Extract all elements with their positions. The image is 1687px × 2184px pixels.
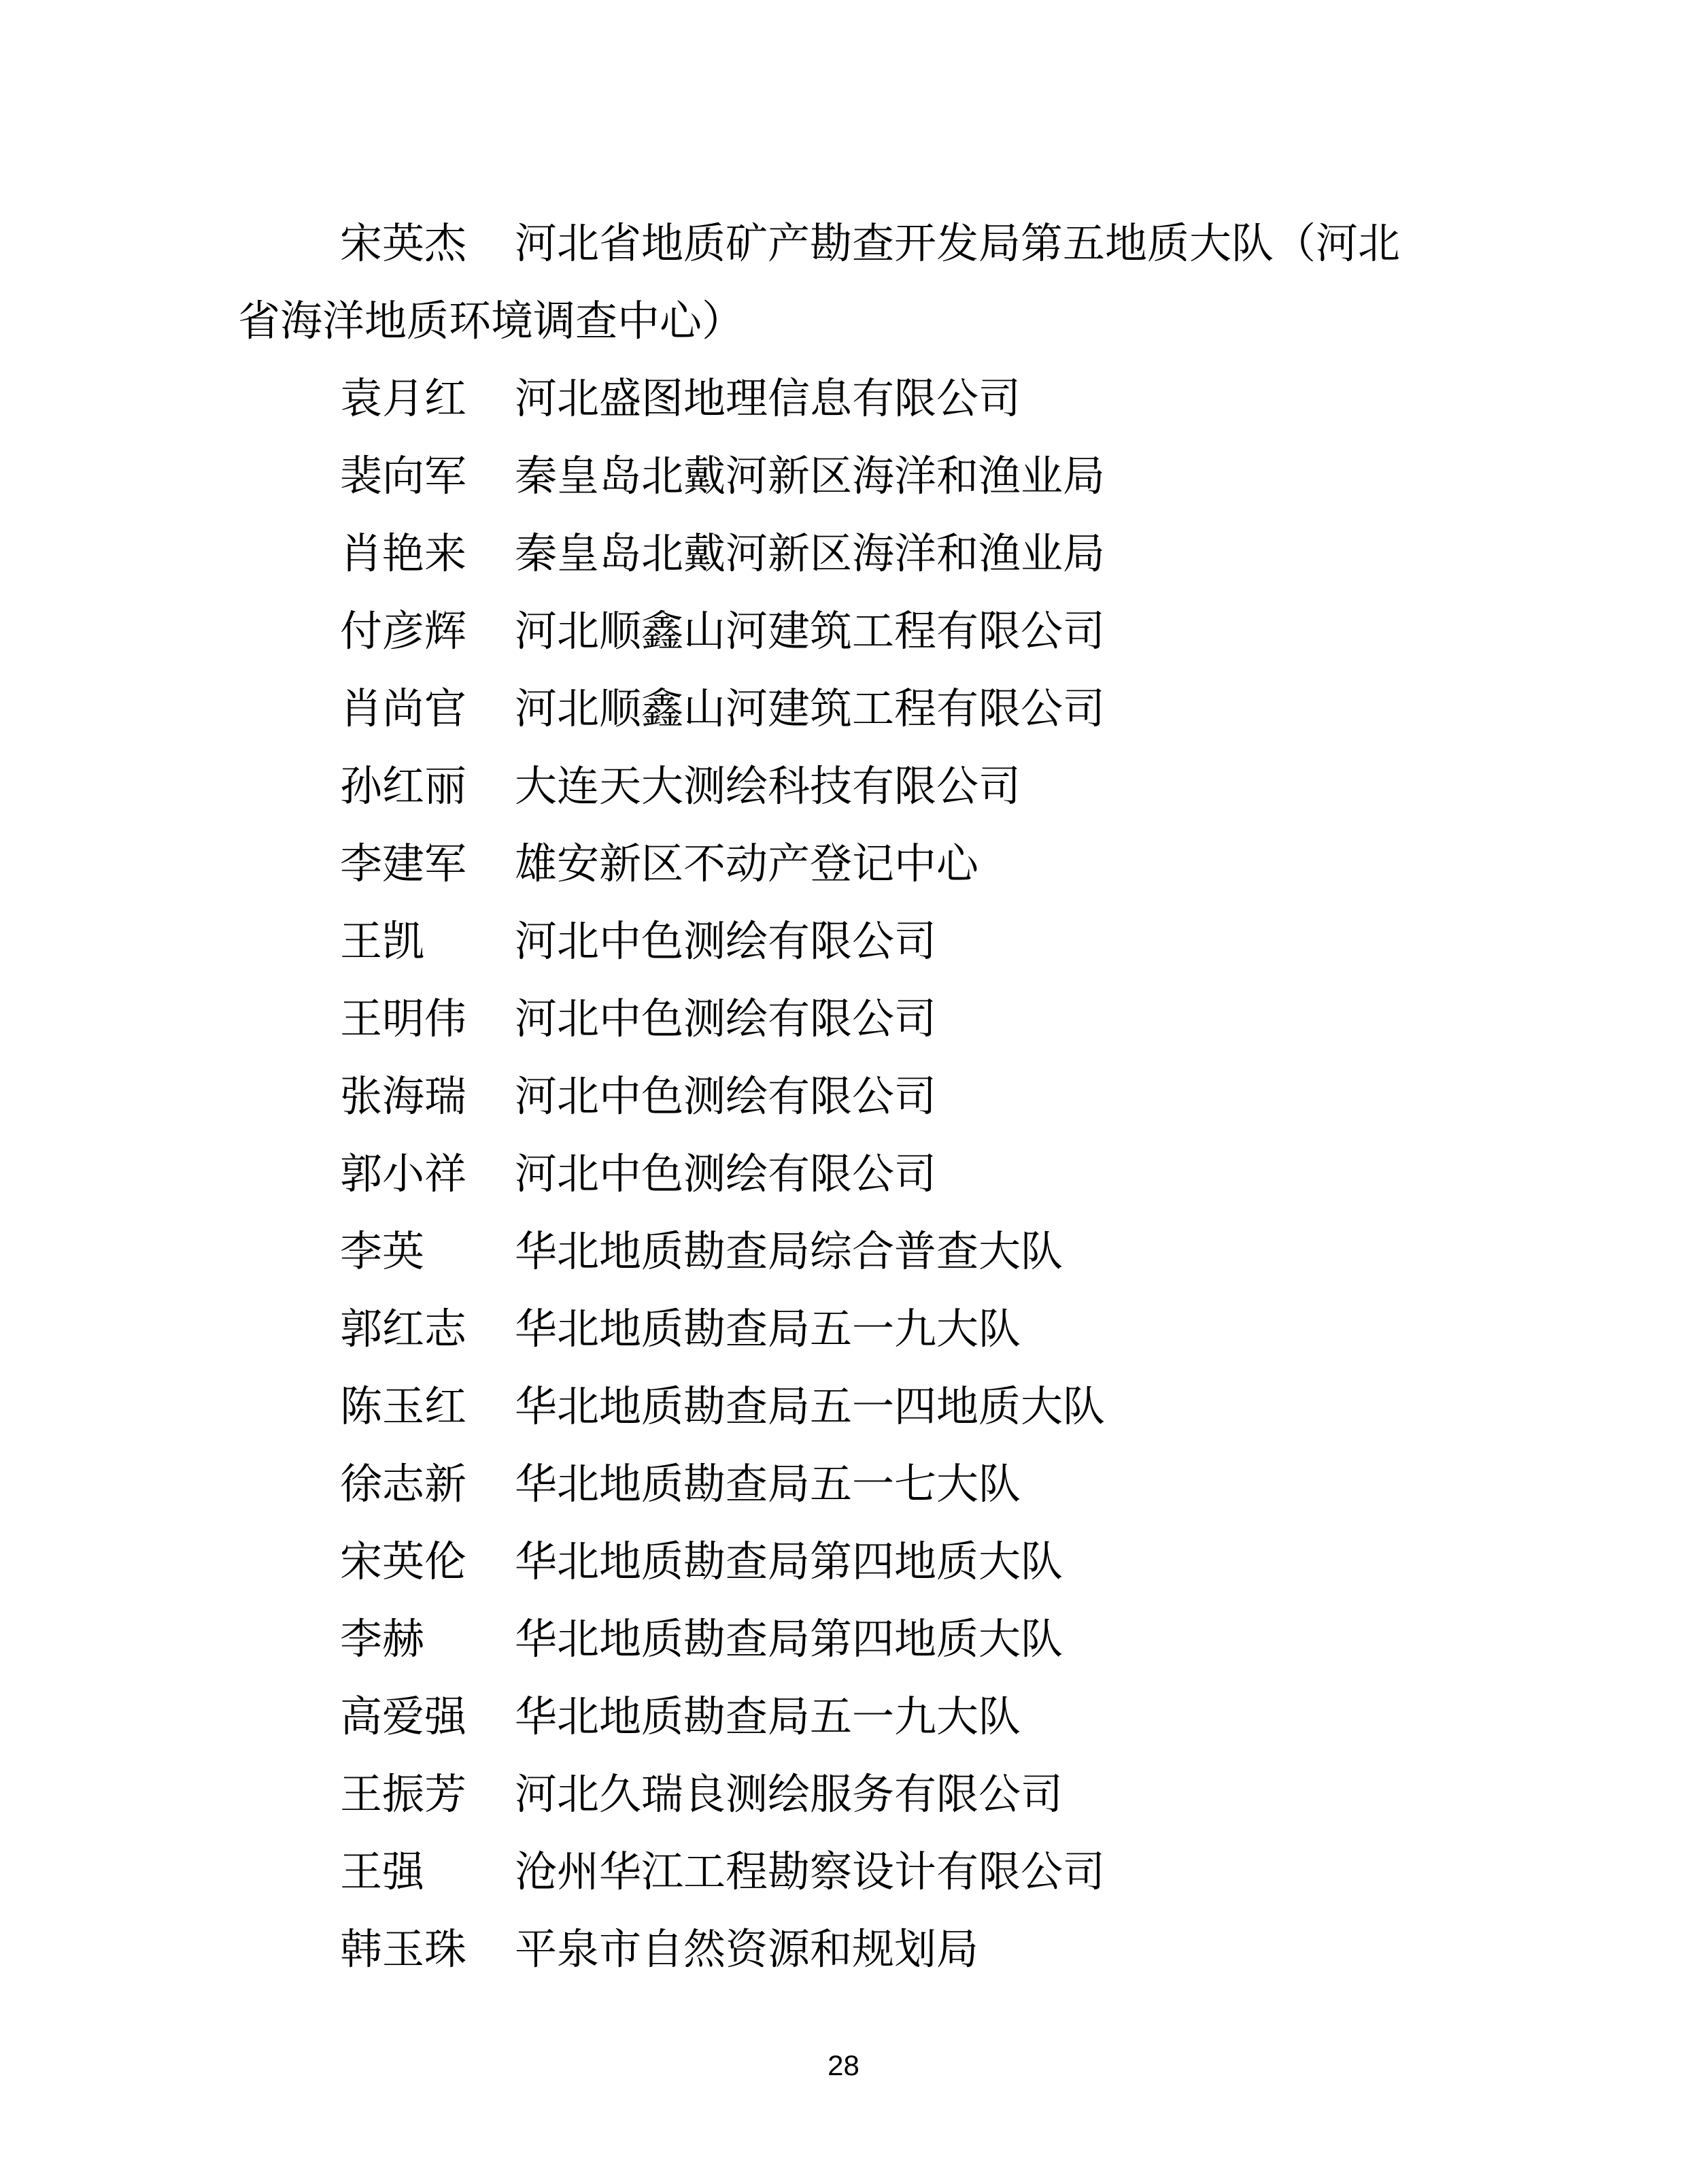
person-name: 王明伟 [340,981,515,1058]
person-org: 秦皇岛北戴河新区海洋和渔业局 [515,454,1105,500]
person-name: 王凯 [340,903,515,981]
person-name: 李建军 [340,826,515,903]
person-org: 华北地质勘查局五一七大队 [515,1462,1021,1508]
list-row: 肖艳来秦皇岛北戴河新区海洋和渔业局 [238,516,1422,593]
document-page: 宋英杰河北省地质矿产勘查开发局第五地质大队（河北省海洋地质环境调查中心） 袁月红… [0,0,1687,2184]
person-name: 张海瑞 [340,1058,515,1136]
person-org: 河北中色测绘有限公司 [515,996,936,1043]
list-row: 郭小祥河北中色测绘有限公司 [238,1136,1422,1213]
list-row: 郭红志华北地质勘查局五一九大队 [238,1291,1422,1368]
person-name: 宋英伦 [340,1524,515,1601]
person-org: 大连天大测绘科技有限公司 [515,764,1021,810]
person-name: 徐志新 [340,1446,515,1524]
list-row: 王强沧州华江工程勘察设计有限公司 [238,1834,1422,1911]
list-row: 王明伟河北中色测绘有限公司 [238,981,1422,1058]
list-row: 肖尚官河北顺鑫山河建筑工程有限公司 [238,671,1422,748]
person-name: 王强 [340,1834,515,1911]
person-org: 华北地质勘查局五一四地质大队 [515,1384,1105,1430]
person-org: 华北地质勘查局五一九大队 [515,1694,1021,1741]
list-row: 裴向军秦皇岛北戴河新区海洋和渔业局 [238,438,1422,516]
person-name: 郭红志 [340,1291,515,1368]
list-row: 王振芳河北久瑞良测绘服务有限公司 [238,1756,1422,1834]
list-row: 付彦辉河北顺鑫山河建筑工程有限公司 [238,593,1422,671]
person-name: 王振芳 [340,1756,515,1834]
person-org: 河北顺鑫山河建筑工程有限公司 [515,686,1105,733]
person-name: 李英 [340,1213,515,1291]
list-row: 韩玉珠平泉市自然资源和规划局 [238,1911,1422,1989]
person-name: 高爱强 [340,1679,515,1756]
person-org: 河北盛图地理信息有限公司 [515,376,1021,422]
personnel-list: 宋英杰河北省地质矿产勘查开发局第五地质大队（河北省海洋地质环境调查中心） 袁月红… [238,205,1422,1989]
list-row: 李建军雄安新区不动产登记中心 [238,826,1422,903]
list-row: 李赫华北地质勘查局第四地质大队 [238,1601,1422,1679]
person-org: 沧州华江工程勘察设计有限公司 [515,1849,1105,1896]
person-org: 河北顺鑫山河建筑工程有限公司 [515,609,1105,655]
person-name: 宋英杰 [340,205,515,283]
person-org: 河北中色测绘有限公司 [515,1152,936,1198]
person-org: 华北地质勘查局第四地质大队 [515,1539,1063,1585]
page-number: 28 [0,2050,1687,2081]
list-row: 王凯河北中色测绘有限公司 [238,903,1422,981]
person-org: 雄安新区不动产登记中心 [515,841,978,888]
list-row: 陈玉红华北地质勘查局五一四地质大队 [238,1368,1422,1446]
list-row: 李英华北地质勘查局综合普查大队 [238,1213,1422,1291]
person-name: 陈玉红 [340,1368,515,1446]
person-org: 秦皇岛北戴河新区海洋和渔业局 [515,531,1105,577]
list-row: 袁月红河北盛图地理信息有限公司 [238,360,1422,438]
person-name: 孙红丽 [340,748,515,826]
person-org: 河北中色测绘有限公司 [515,919,936,965]
person-org: 河北久瑞良测绘服务有限公司 [515,1772,1063,1818]
list-row: 宋英伦华北地质勘查局第四地质大队 [238,1524,1422,1601]
person-name: 付彦辉 [340,593,515,671]
list-row: 张海瑞河北中色测绘有限公司 [238,1058,1422,1136]
person-org: 华北地质勘查局综合普查大队 [515,1229,1063,1275]
list-row: 高爱强华北地质勘查局五一九大队 [238,1679,1422,1756]
person-org: 平泉市自然资源和规划局 [515,1927,978,1973]
list-row: 徐志新华北地质勘查局五一七大队 [238,1446,1422,1524]
person-org: 河北中色测绘有限公司 [515,1074,936,1120]
person-name: 裴向军 [340,438,515,516]
person-name: 肖艳来 [340,516,515,593]
list-row: 孙红丽大连天大测绘科技有限公司 [238,748,1422,826]
person-name: 袁月红 [340,360,515,438]
person-name: 郭小祥 [340,1136,515,1213]
list-row: 宋英杰河北省地质矿产勘查开发局第五地质大队（河北省海洋地质环境调查中心） [238,205,1422,360]
person-name: 肖尚官 [340,671,515,748]
person-org: 华北地质勘查局五一九大队 [515,1307,1021,1353]
person-name: 李赫 [340,1601,515,1679]
person-org: 华北地质勘查局第四地质大队 [515,1617,1063,1663]
person-name: 韩玉珠 [340,1911,515,1989]
